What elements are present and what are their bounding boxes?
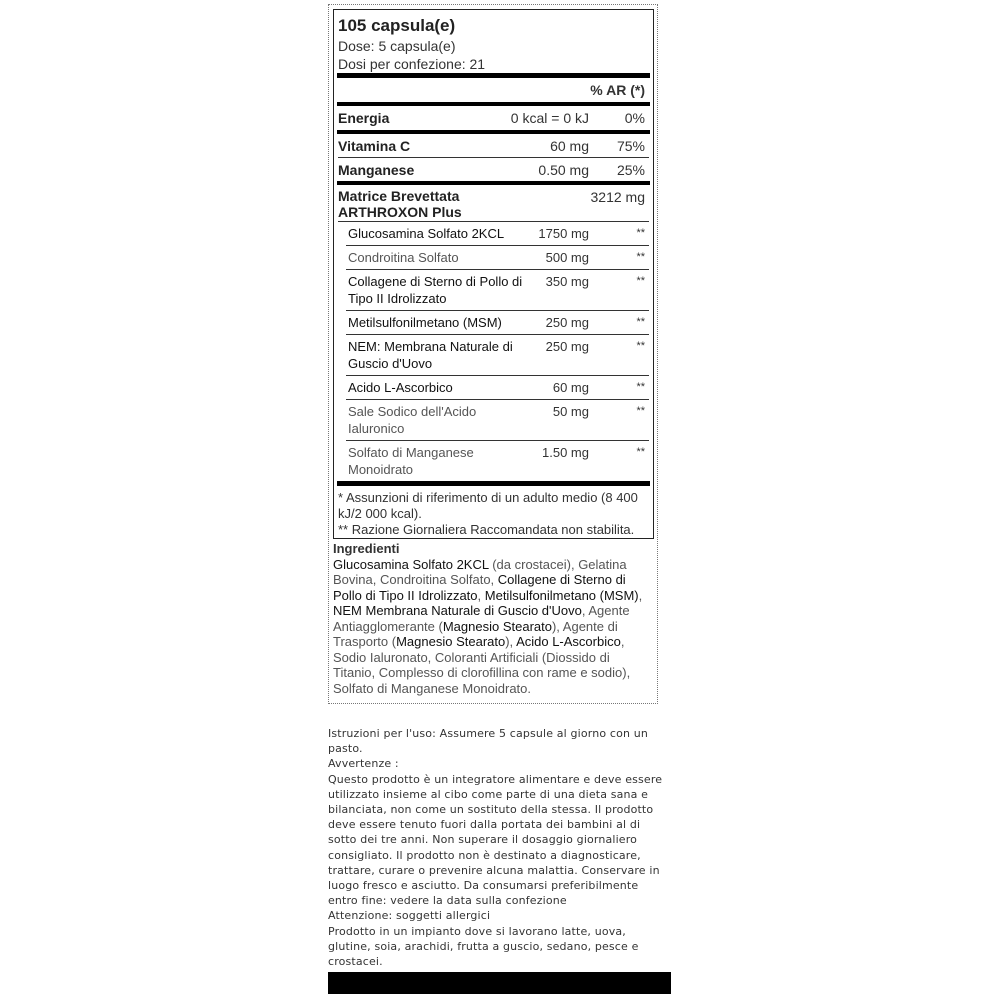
ingredient-highlight: Acido L-Ascorbico — [516, 634, 621, 649]
matrix-name: Matrice BrevettataARTHROXON Plus — [338, 188, 462, 220]
usage-instructions: Istruzioni per l'uso: Assumere 5 capsule… — [328, 726, 668, 756]
ingredient-highlight: Glucosamina Solfato 2KCL — [333, 557, 489, 572]
footnotes: * Assunzioni di riferimento di un adulto… — [338, 486, 649, 538]
ingredient-highlight: Magnesio Stearato — [396, 634, 505, 649]
ingredient-text: , — [639, 588, 643, 603]
instructions-section: Istruzioni per l'uso: Assumere 5 capsule… — [328, 726, 668, 969]
doses-per-pack-text: Dosi per confezione: 21 — [338, 55, 649, 73]
nutrient-row-energia: Energia 0 kcal = 0 kJ 0% — [338, 106, 649, 130]
component-row: Solfato di Manganese Monoidrato 1.50 mg … — [346, 441, 649, 481]
pct-ar-header: % AR (*) — [590, 81, 645, 99]
column-header-row: % AR (*) — [338, 78, 649, 102]
ingredient-highlight: NEM Membrana Naturale di Guscio d'Uovo — [333, 603, 582, 618]
ingredient-highlight: Magnesio Stearato — [443, 619, 552, 634]
ingredient-text: , — [478, 588, 485, 603]
allergy-title: Attenzione: soggetti allergici — [328, 908, 668, 923]
nutrient-row-vitamina-c: Vitamina C 60 mg 75% — [338, 134, 649, 157]
matrix-row: Matrice BrevettataARTHROXON Plus 3212 mg — [338, 185, 649, 221]
ingredient-text: ), — [505, 634, 516, 649]
component-row: Glucosamina Solfato 2KCL 1750 mg ** — [346, 222, 649, 245]
package-quantity: 105 capsula(e) — [338, 15, 649, 37]
matrix-amount: 3212 mg — [591, 188, 645, 206]
warnings-title: Avvertenze : — [328, 756, 668, 771]
component-row: Collagene di Sterno di Pollo di Tipo II … — [346, 270, 649, 310]
nutrition-facts-table: 105 capsula(e) Dose: 5 capsula(e) Dosi p… — [333, 9, 654, 539]
ingredient-highlight: Metilsulfonilmetano (MSM) — [485, 588, 639, 603]
warnings-text: Questo prodotto è un integratore aliment… — [328, 772, 668, 909]
component-row: NEM: Membrana Naturale di Guscio d'Uovo … — [346, 335, 649, 375]
product-label: 105 capsula(e) Dose: 5 capsula(e) Dosi p… — [328, 4, 658, 704]
footnote-rda: ** Razione Giornaliera Raccomandata non … — [338, 522, 649, 538]
nutrient-row-manganese: Manganese 0.50 mg 25% — [338, 158, 649, 181]
footnote-reference-intake: * Assunzioni di riferimento di un adulto… — [338, 490, 649, 522]
black-bar — [328, 972, 671, 994]
ingredients-title: Ingredienti — [333, 541, 653, 557]
ingredients-section: Ingredienti Glucosamina Solfato 2KCL (da… — [333, 541, 653, 696]
allergy-text: Prodotto in un impianto dove si lavorano… — [328, 924, 668, 970]
component-row: Condroitina Solfato 500 mg ** — [346, 246, 649, 269]
component-row: Sale Sodico dell'Acido Ialuronico 50 mg … — [346, 400, 649, 440]
component-row: Metilsulfonilmetano (MSM) 250 mg ** — [346, 311, 649, 334]
ingredients-text: Glucosamina Solfato 2KCL (da crostacei),… — [333, 557, 653, 697]
component-row: Acido L-Ascorbico 60 mg ** — [346, 376, 649, 399]
dose-text: Dose: 5 capsula(e) — [338, 37, 649, 55]
